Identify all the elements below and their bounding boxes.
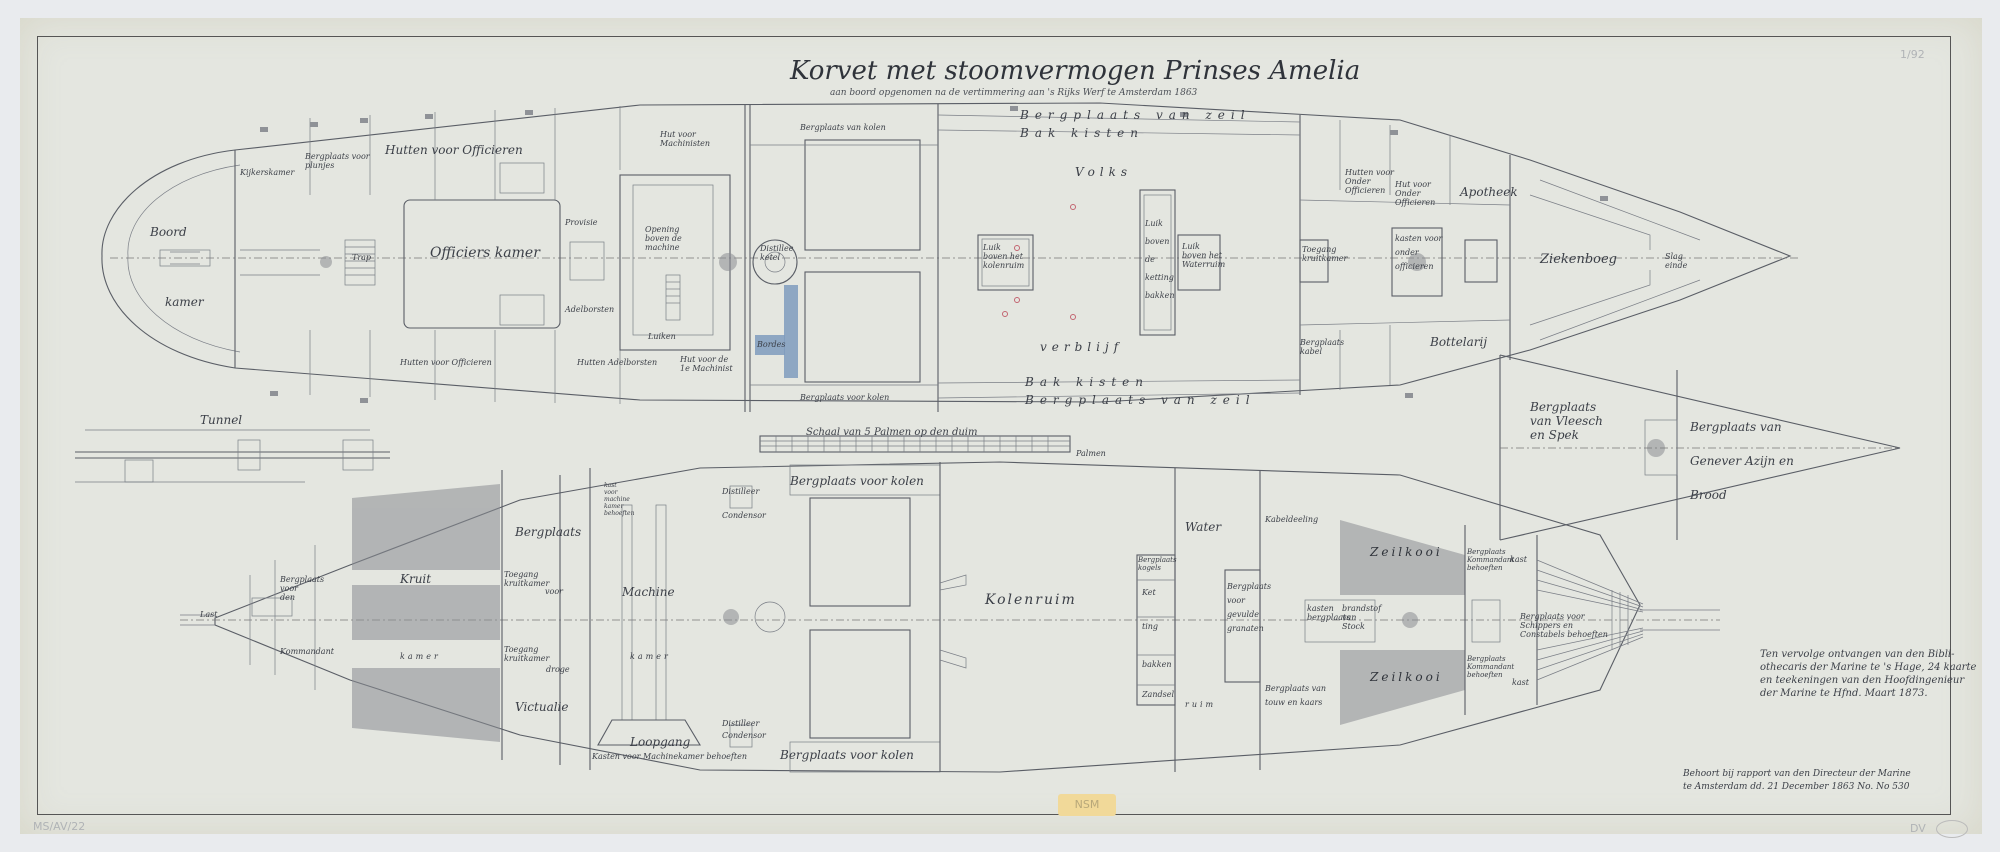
- label-kast-top: kast: [1510, 555, 1527, 564]
- label-bergplaats-plunjes: Bergplaats voor plunjes: [305, 152, 375, 170]
- label-bergplaats-touw: Bergplaats van touw en kaars: [1265, 682, 1335, 710]
- label-bergplaats-kogels: Bergplaats kogels: [1138, 556, 1174, 572]
- label-boord: Boord: [150, 225, 187, 239]
- label-bakkisten-top: Bak kisten: [1020, 126, 1144, 140]
- label-kasten-machinekamer: Kasten voor Machinekamer behoeften: [592, 752, 747, 761]
- label-provisie: Provisie: [565, 218, 598, 227]
- label-hutten-adelborsten: Hutten Adelborsten: [577, 358, 657, 367]
- label-hutten-onderofficieren: Hutten voor Onder Officieren: [1345, 168, 1395, 195]
- label-bergplaats-kabel: Bergplaats kabel: [1300, 338, 1328, 356]
- label-loopgang: Loopgang: [630, 735, 690, 749]
- label-luiken: Luiken: [648, 332, 676, 341]
- label-bergplaats-genever: Bergplaats van Genever Azijn en Brood: [1690, 410, 1810, 512]
- label-ketting-3: bakken: [1142, 660, 1171, 669]
- label-toegang-kruitkamer-bottom: Toegang kruitkamer: [504, 645, 554, 663]
- catalog-mark-bottom-left: MS/AV/22: [33, 820, 85, 833]
- label-verblijf: verblijf: [1040, 340, 1123, 354]
- acquisition-line-3: en teekeningen van den Hoofdingenieur: [1760, 674, 1976, 687]
- label-kast-bottom: kast: [1512, 678, 1529, 687]
- label-bergplaats-zeil-top: Bergplaats van zeil: [1020, 108, 1251, 122]
- drawing-title: Korvet met stoomvermogen Prinses Amelia: [790, 56, 1360, 86]
- label-brandstof: brandstof van Stock: [1342, 604, 1377, 631]
- label-luik-waterruim: Luik boven het Waterruim: [1182, 242, 1222, 269]
- report-line-2: te Amsterdam dd. 21 December 1863 No. No…: [1683, 781, 1911, 794]
- label-water: Water: [1185, 520, 1221, 534]
- label-bottelarij: Bottelarij: [1430, 335, 1487, 349]
- label-ketting-4: Zandsel: [1142, 690, 1174, 699]
- scale-label: Schaal van 5 Palmen op den duim: [806, 427, 977, 438]
- label-ketting-2: ting: [1142, 622, 1158, 631]
- label-bergplaats-kolen-top: Bergplaats van kolen: [800, 123, 886, 132]
- label-kijkerskamer: Kijkerskamer: [240, 168, 294, 177]
- label-hut-onderofficieren: Hut voor Onder Officieren: [1395, 180, 1450, 207]
- label-volks: Volks: [1075, 165, 1132, 179]
- label-kasten-onderofficieren: kasten voor onder officieren: [1395, 232, 1443, 274]
- label-adelborsten: Adelborsten: [565, 305, 614, 314]
- acquisition-line-1: Ten vervolge ontvangen van den Bibli-: [1760, 648, 1976, 661]
- label-victualie: Victualie: [515, 700, 569, 714]
- label-droge: droge: [546, 665, 570, 674]
- label-opening-machine: Opening boven de machine: [645, 225, 700, 252]
- label-ruim: ruim: [1185, 700, 1216, 709]
- label-distilleer-condensor-top: Distilleer Condensor: [722, 480, 762, 528]
- label-kasten-berg: kasten bergplaats: [1307, 604, 1342, 622]
- label-ketting-1: Ket: [1142, 588, 1156, 597]
- label-bergplaats-kommandant-top: Bergplaats Kommandant behoeften: [1467, 548, 1507, 572]
- label-hutten-officieren-top: Hutten voor Officieren: [385, 143, 523, 157]
- label-hutten-officieren-bottom: Hutten voor Officieren: [400, 358, 492, 367]
- report-line-1: Behoort bij rapport van den Directeur de…: [1683, 768, 1911, 781]
- label-voor: voor: [545, 587, 563, 596]
- label-tunnel: Tunnel: [200, 413, 242, 427]
- catalog-mark-top-right: 1/92: [1900, 48, 1925, 61]
- label-toegang-kruitkamer: Toegang kruitkamer: [1302, 245, 1330, 263]
- label-machine-kamer: kamer: [630, 652, 671, 661]
- label-luik-kolenruim: Luik boven het kolenruim: [983, 243, 1025, 270]
- acquisition-line-4: der Marine te Hfnd. Maart 1873.: [1760, 687, 1976, 700]
- drawing-subtitle: aan boord opgenomen na de vertimmering a…: [830, 88, 1197, 98]
- label-hut-machinisten: Hut voor Machinisten: [660, 130, 720, 148]
- archive-stamp: NSM: [1058, 794, 1116, 816]
- label-ziekenboeg: Ziekenboeg: [1540, 252, 1617, 267]
- acquisition-line-2: othecaris der Marine te 's Hage, 24 kaar…: [1760, 661, 1976, 674]
- label-kolenruim: Kolenruim: [985, 592, 1077, 608]
- label-bergplaats-kolen-bottom: Bergplaats voor kolen: [800, 393, 889, 402]
- label-apotheek: Apotheek: [1460, 185, 1518, 199]
- label-slag-eind: Slag einde: [1665, 252, 1695, 270]
- report-note: Behoort bij rapport van den Directeur de…: [1683, 768, 1911, 794]
- label-trap: Trap: [352, 253, 371, 262]
- label-luik-kettingbakken: Luik boven de ketting bakken: [1145, 215, 1173, 305]
- label-distillee-ketel: Distillee ketel: [760, 244, 792, 262]
- catalog-mark-bottom-right: DV: [1910, 822, 1926, 835]
- label-zeilkooi-bottom: Zeilkooi: [1370, 670, 1443, 684]
- label-bordes: Bordes: [757, 340, 785, 349]
- label-kommandant: Kommandant: [280, 647, 334, 656]
- label-hut-machinist: Hut voor de 1e Machinist: [680, 355, 735, 373]
- label-kruit: Kruit: [400, 572, 431, 586]
- label-bergplaats-kolen-bottom-lower: Bergplaats voor kolen: [780, 748, 914, 762]
- label-kabelafdeling: Kabeldeeling: [1265, 515, 1318, 524]
- scale-bar: [760, 436, 1070, 452]
- label-bergplaats-granaten: Bergplaats voor gevulde granaten: [1227, 580, 1259, 636]
- label-bergplaats-den: Bergplaats voor den: [280, 575, 315, 602]
- acquisition-note: Ten vervolge ontvangen van den Bibli- ot…: [1760, 648, 1976, 700]
- label-toegang-kruitkamer-top: Toegang kruitkamer: [504, 570, 554, 588]
- label-bergplaats-kommandant-bottom: Bergplaats Kommandant behoeften: [1467, 655, 1507, 679]
- label-kruit-kamer: kamer: [400, 652, 441, 661]
- archive-oval-stamp: [1936, 820, 1968, 838]
- lower-deck-plan: [180, 462, 1720, 772]
- label-zeilkooi-top: Zeilkooi: [1370, 545, 1443, 559]
- label-last: Last: [200, 610, 217, 619]
- label-kamer: kamer: [165, 295, 204, 309]
- label-bergplaats: Bergplaats: [515, 525, 581, 539]
- tunnel-plan: [75, 430, 390, 482]
- label-machine: Machine: [622, 585, 675, 599]
- label-bergplaats-kolen-top-lower: Bergplaats voor kolen: [790, 474, 924, 488]
- label-distilleer-condensor-bottom: Distilleer Condensor: [722, 718, 762, 742]
- label-officiers-kamer: Officiers kamer: [430, 245, 540, 261]
- label-bergplaats-zeil-bottom: Bergplaats van zeil: [1025, 393, 1256, 407]
- scale-unit: Palmen: [1076, 449, 1106, 458]
- label-bergplaats-vleesch: Bergplaats van Vleesch en Spek: [1530, 400, 1610, 442]
- label-kast-machine: kast voor machine kamer behoeften: [604, 482, 624, 517]
- label-bakkisten-bottom: Bak kisten: [1025, 375, 1149, 389]
- label-bergplaats-schippers: Bergplaats voor Schippers en Constabels …: [1520, 612, 1620, 639]
